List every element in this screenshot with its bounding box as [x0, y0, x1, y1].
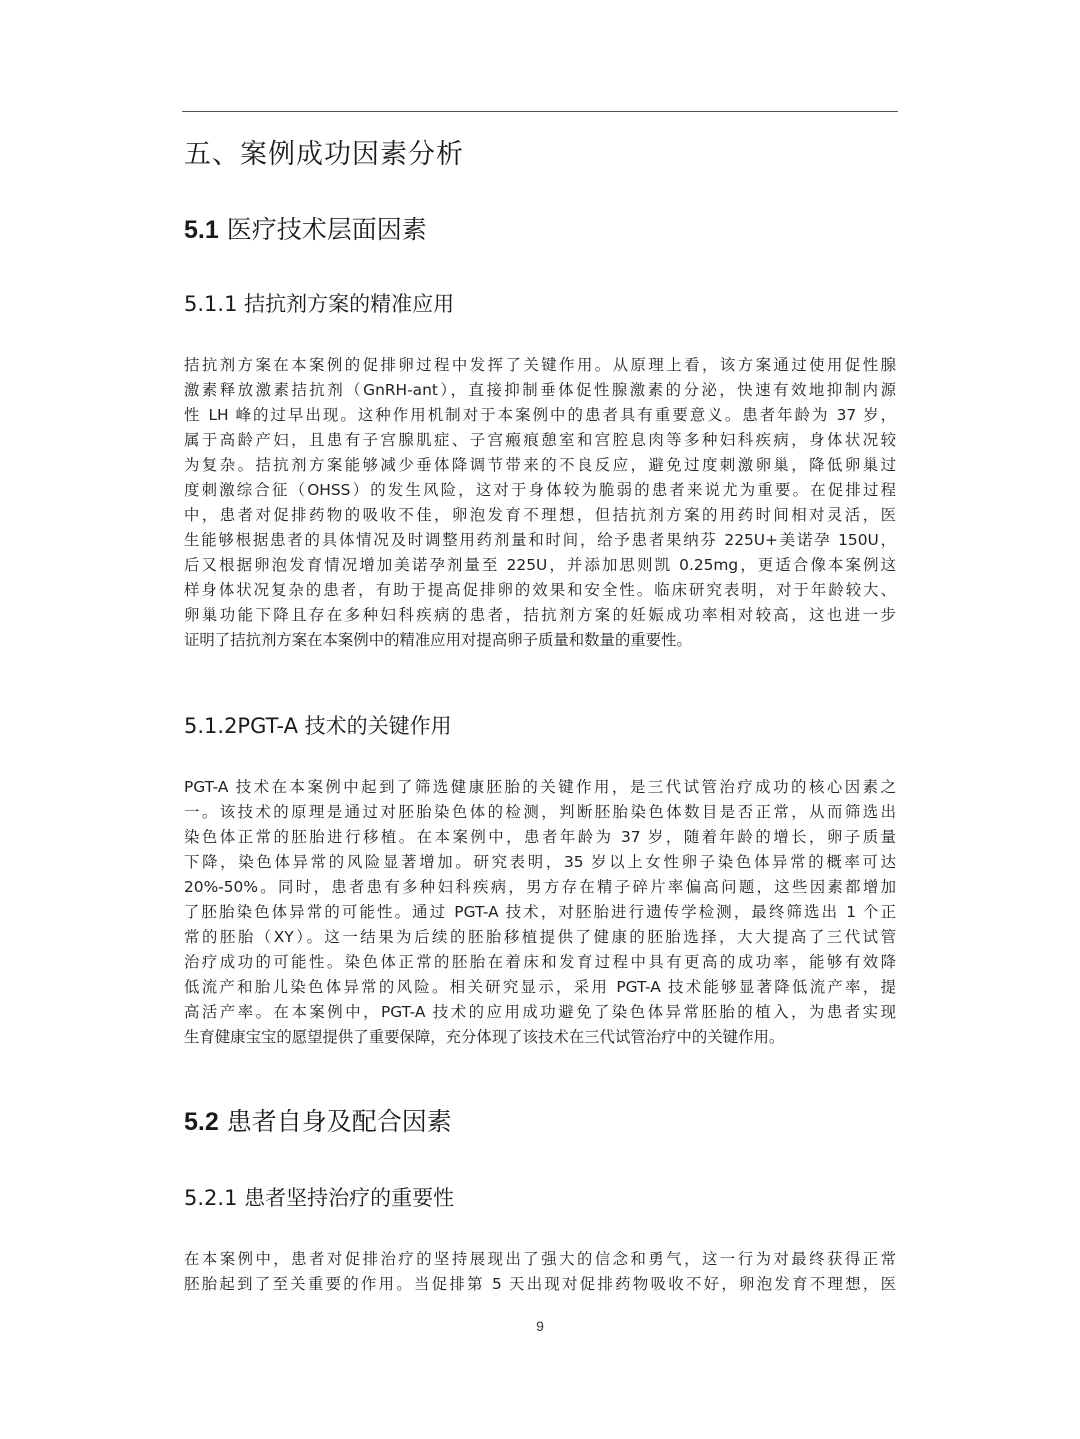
text-line: 后又根据卵泡发育情况增加美诺孕剂量至 225U，并添加思则凯 0.25mg，更适… [184, 553, 896, 578]
text-line: 激素释放激素拮抗剂（GnRH-ant），直接抑制垂体促性腺激素的分泌，快速有效地… [184, 378, 896, 403]
text-line: 高活产率。在本案例中，PGT-A 技术的应用成功避免了染色体异常胚胎的植入，为患… [184, 1000, 896, 1025]
header-rule [182, 111, 898, 112]
section-number: 5.2 [184, 1108, 219, 1136]
chapter-title: 五、案例成功因素分析 [184, 132, 464, 171]
text-line: 样身体状况复杂的患者，有助于提高促排卵的效果和安全性。临床研究表明，对于年龄较大… [184, 578, 896, 603]
subsection-heading-5-1-2: 5.1.2PGT-A 技术的关键作用 [184, 710, 452, 740]
page-number: 9 [0, 1318, 1080, 1334]
paragraph-5-1-1: 拮抗剂方案在本案例的促排卵过程中发挥了关键作用。从原理上看，该方案通过使用促性腺… [184, 353, 896, 653]
section-heading-5-2: 5.2 患者自身及配合因素 [184, 1102, 452, 1138]
paragraph-5-2-1: 在本案例中，患者对促排治疗的坚持展现出了强大的信念和勇气，这一行为对最终获得正常… [184, 1247, 896, 1297]
section-heading-5-1: 5.1 医疗技术层面因素 [184, 210, 427, 246]
text-line: 20%-50%。同时，患者患有多种妇科疾病，男方存在精子碎片率偏高问题，这些因素… [184, 875, 896, 900]
text-line: PGT-A 技术在本案例中起到了筛选健康胚胎的关键作用，是三代试管治疗成功的核心… [184, 775, 896, 800]
paragraph-5-1-2: PGT-A 技术在本案例中起到了筛选健康胚胎的关键作用，是三代试管治疗成功的核心… [184, 775, 896, 1050]
text-line: 生能够根据患者的具体情况及时调整用药剂量和时间，给予患者果纳芬 225U+美诺孕… [184, 528, 896, 553]
text-line: 度刺激综合征（OHSS）的发生风险，这对于身体较为脆弱的患者来说尤为重要。在促排… [184, 478, 896, 503]
text-line: 下降，染色体异常的风险显著增加。研究表明，35 岁以上女性卵子染色体异常的概率可… [184, 850, 896, 875]
text-line: 属于高龄产妇，且患有子宫腺肌症、子宫瘢痕憩室和宫腔息肉等多种妇科疾病，身体状况较 [184, 428, 896, 453]
text-line: 中，患者对促排药物的吸收不佳，卵泡发育不理想，但拮抗剂方案的用药时间相对灵活，医 [184, 503, 896, 528]
section-title: 医疗技术层面因素 [227, 215, 427, 244]
section-number: 5.1 [184, 216, 219, 244]
text-line: 了胚胎染色体异常的可能性。通过 PGT-A 技术，对胚胎进行遗传学检测，最终筛选… [184, 900, 896, 925]
text-line: 证明了拮抗剂方案在本案例中的精准应用对提高卵子质量和数量的重要性。 [184, 628, 896, 653]
text-line: 一。该技术的原理是通过对胚胎染色体的检测，判断胚胎染色体数目是否正常，从而筛选出 [184, 800, 896, 825]
subsection-heading-5-1-1: 5.1.1 拮抗剂方案的精准应用 [184, 288, 454, 318]
text-line: 低流产和胎儿染色体异常的风险。相关研究显示，采用 PGT-A 技术能够显著降低流… [184, 975, 896, 1000]
text-line: 生育健康宝宝的愿望提供了重要保障，充分体现了该技术在三代试管治疗中的关键作用。 [184, 1025, 896, 1050]
text-line: 卵巢功能下降且存在多种妇科疾病的患者，拮抗剂方案的妊娠成功率相对较高，这也进一步 [184, 603, 896, 628]
text-line: 拮抗剂方案在本案例的促排卵过程中发挥了关键作用。从原理上看，该方案通过使用促性腺 [184, 353, 896, 378]
text-line: 性 LH 峰的过早出现。这种作用机制对于本案例中的患者具有重要意义。患者年龄为 … [184, 403, 896, 428]
section-title: 患者自身及配合因素 [227, 1107, 452, 1136]
text-line: 治疗成功的可能性。染色体正常的胚胎在着床和发育过程中具有更高的成功率，能够有效降 [184, 950, 896, 975]
text-line: 胚胎起到了至关重要的作用。当促排第 5 天出现对促排药物吸收不好，卵泡发育不理想… [184, 1272, 896, 1297]
text-line: 在本案例中，患者对促排治疗的坚持展现出了强大的信念和勇气，这一行为对最终获得正常 [184, 1247, 896, 1272]
text-line: 为复杂。拮抗剂方案能够减少垂体降调节带来的不良反应，避免过度刺激卵巢，降低卵巢过 [184, 453, 896, 478]
text-line: 常的胚胎（XY）。这一结果为后续的胚胎移植提供了健康的胚胎选择，大大提高了三代试… [184, 925, 896, 950]
subsection-heading-5-2-1: 5.2.1 患者坚持治疗的重要性 [184, 1182, 454, 1212]
text-line: 染色体正常的胚胎进行移植。在本案例中，患者年龄为 37 岁，随着年龄的增长，卵子… [184, 825, 896, 850]
